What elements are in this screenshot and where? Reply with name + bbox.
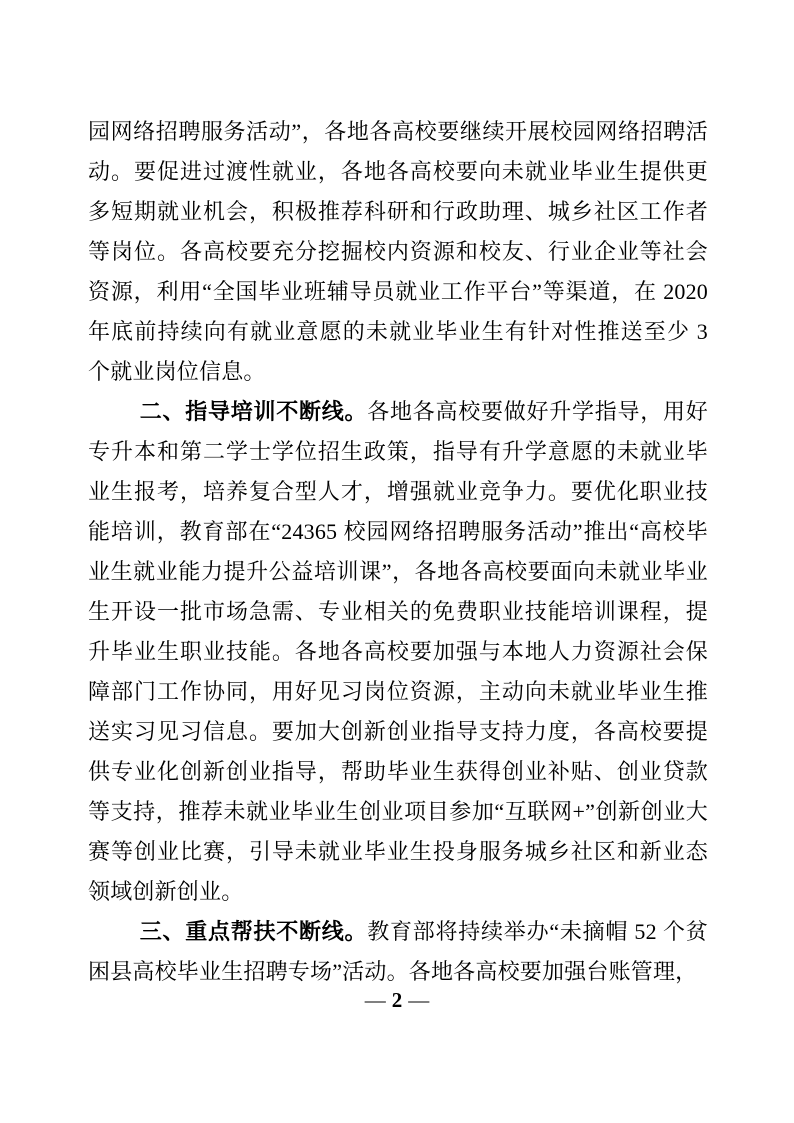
document-body: 园网络招聘服务活动”，各地各高校要继续开展校园网络招聘活动。要促进过渡性就业，各… — [88, 112, 708, 992]
paragraph: 二、指导培训不断线。各地各高校要做好升学指导，用好专升本和第二学士学位招生政策，… — [88, 392, 708, 912]
paragraph-text: 各地各高校要做好升学指导，用好专升本和第二学士学位招生政策，指导有升学意愿的未就… — [88, 399, 708, 904]
footer-right-dash: — — [408, 988, 429, 1012]
paragraph-text: 园网络招聘服务活动”，各地各高校要继续开展校园网络招聘活动。要促进过渡性就业，各… — [88, 119, 708, 384]
paragraph: 园网络招聘服务活动”，各地各高校要继续开展校园网络招聘活动。要促进过渡性就业，各… — [88, 112, 708, 392]
paragraph: 三、重点帮扶不断线。教育部将持续举办“未摘帽 52 个贫困县高校毕业生招聘专场”… — [88, 912, 708, 992]
paragraph-heading: 二、指导培训不断线。 — [140, 399, 368, 424]
footer-left-dash: — — [365, 988, 386, 1012]
document-page: 园网络招聘服务活动”，各地各高校要继续开展校园网络招聘活动。要促进过渡性就业，各… — [0, 0, 794, 1123]
page-footer: —2— — [0, 986, 794, 1014]
page-number: 2 — [392, 988, 403, 1012]
paragraph-heading: 三、重点帮扶不断线。 — [140, 919, 368, 944]
